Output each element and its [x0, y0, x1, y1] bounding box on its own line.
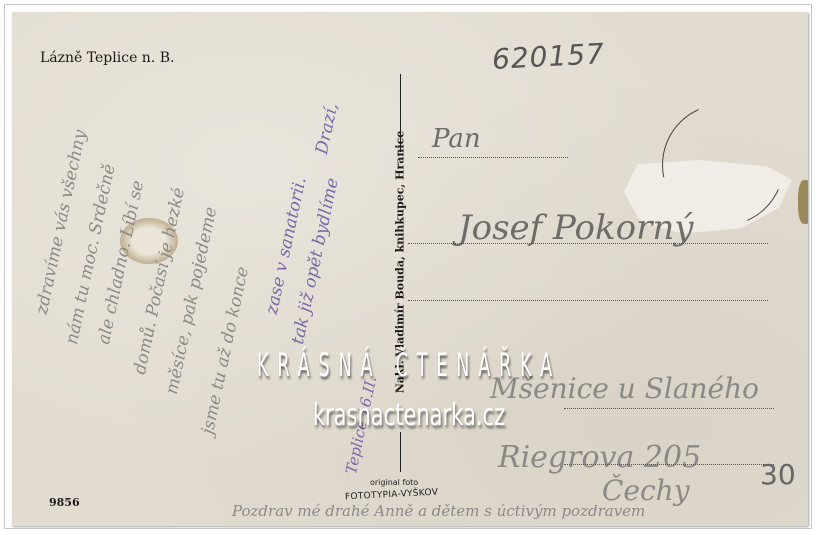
address-salutation: Pan — [432, 124, 481, 154]
address-street: Riegrova 205 — [498, 440, 701, 475]
card-number: 9856 — [49, 496, 80, 509]
edge-stain — [798, 180, 808, 224]
divider-line-bottom — [400, 432, 401, 472]
watermark-title: KRÁSNÁ ČTENÁŘKA — [184, 346, 634, 384]
collection-number: 620157 — [491, 37, 605, 76]
address-line-3 — [408, 300, 768, 301]
postcard-title: Lázně Teplice n. B. — [40, 50, 174, 66]
postcard-back: Lázně Teplice n. B. 9856 620157 zdravíme… — [12, 12, 808, 526]
price-note: 30 — [760, 458, 796, 491]
address-line-5 — [564, 464, 774, 465]
address-line-2 — [408, 243, 768, 244]
message-footer: Pozdrav mé drahé Anně a dětem s úctivým … — [232, 502, 645, 520]
watermark-url: krasnactenarka.cz — [123, 398, 696, 433]
message-greeting: Drazí, — [312, 101, 342, 156]
address-name: Josef Pokorný — [458, 208, 693, 248]
address-line-1 — [418, 157, 568, 158]
photo-credit-line1: original foto — [370, 478, 418, 487]
photo-credit-line2: FOTOTYPIA-VYŠKOV — [345, 488, 439, 503]
